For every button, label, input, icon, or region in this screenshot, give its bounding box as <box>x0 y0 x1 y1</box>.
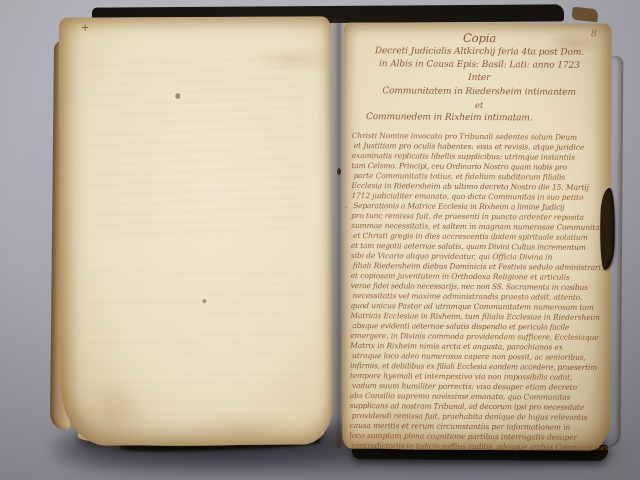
manuscript-party-line: Communitatem in Riedersheim intimantem <box>352 84 606 101</box>
manuscript-header-line: in Albis in Causa Epis: Basil: Lati: ann… <box>352 58 606 73</box>
left-page-blank-verso: + <box>59 16 333 445</box>
manuscript-party-line: Communedem in Rixheim intimatam. <box>352 111 606 126</box>
manuscript-body: . Christi Nomine invocato pro Tribunali … <box>349 131 608 453</box>
margin-mark: . <box>345 201 348 210</box>
ink-bleed-through-upper <box>89 56 305 237</box>
left-page-corner-mark: + <box>81 23 89 34</box>
manuscript-line: contradictoriis in judicio suffius audit… <box>349 441 605 453</box>
photograph-of-manuscript: + 8 Copia Decreti Judicialis Altkirchij … <box>0 0 640 480</box>
manuscript-text-block: Copia Decreti Judicialis Altkirchij feri… <box>349 30 606 453</box>
right-page-manuscript-recto: 8 Copia Decreti Judicialis Altkirchij fe… <box>342 23 611 450</box>
gutter-ink-speck <box>337 168 341 175</box>
cover-torn-scrap <box>571 7 598 23</box>
ink-bleed-through-lower <box>84 266 305 427</box>
